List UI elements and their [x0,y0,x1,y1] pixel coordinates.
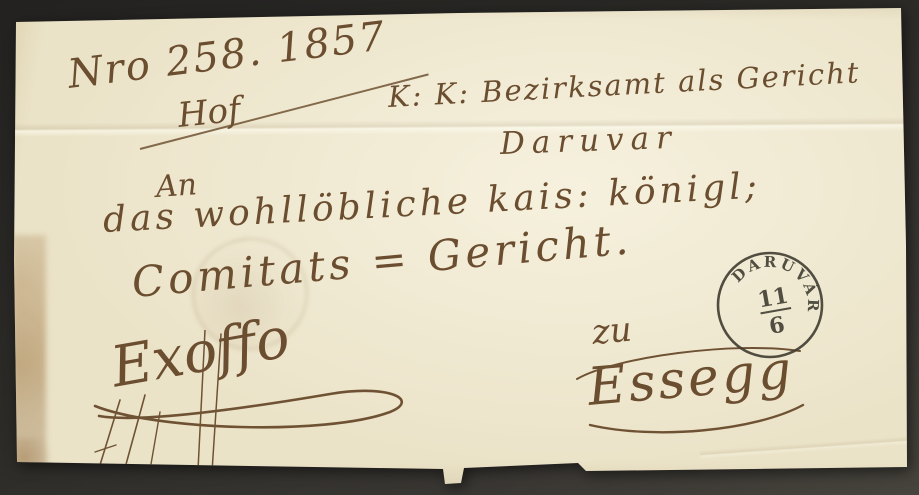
folded-letter-paper: Nro 258. 1857 Hof K: K: Bezirksamt als G… [0,0,919,495]
corner-stain [8,438,60,472]
paper-shadow: Nro 258. 1857 Hof K: K: Bezirksamt als G… [0,0,919,495]
postmark-month: 6 [767,312,787,340]
docket-number: Nro 258. 1857 [65,13,389,98]
left-edge-stain [12,235,46,470]
paraph-tally-strokes [195,330,225,475]
sender-office-line: K: K: Bezirksamt als Gericht [387,55,861,114]
sender-place: Daruvar [499,120,678,162]
address-line-1: das wohllöbliche kais: königl; [102,166,762,241]
postmark-stamp: DARUVÁR 11 6 [712,247,828,363]
horizontal-fold-crease [14,117,907,137]
letter-photograph: Nro 258. 1857 Hof K: K: Bezirksamt als G… [0,0,919,495]
